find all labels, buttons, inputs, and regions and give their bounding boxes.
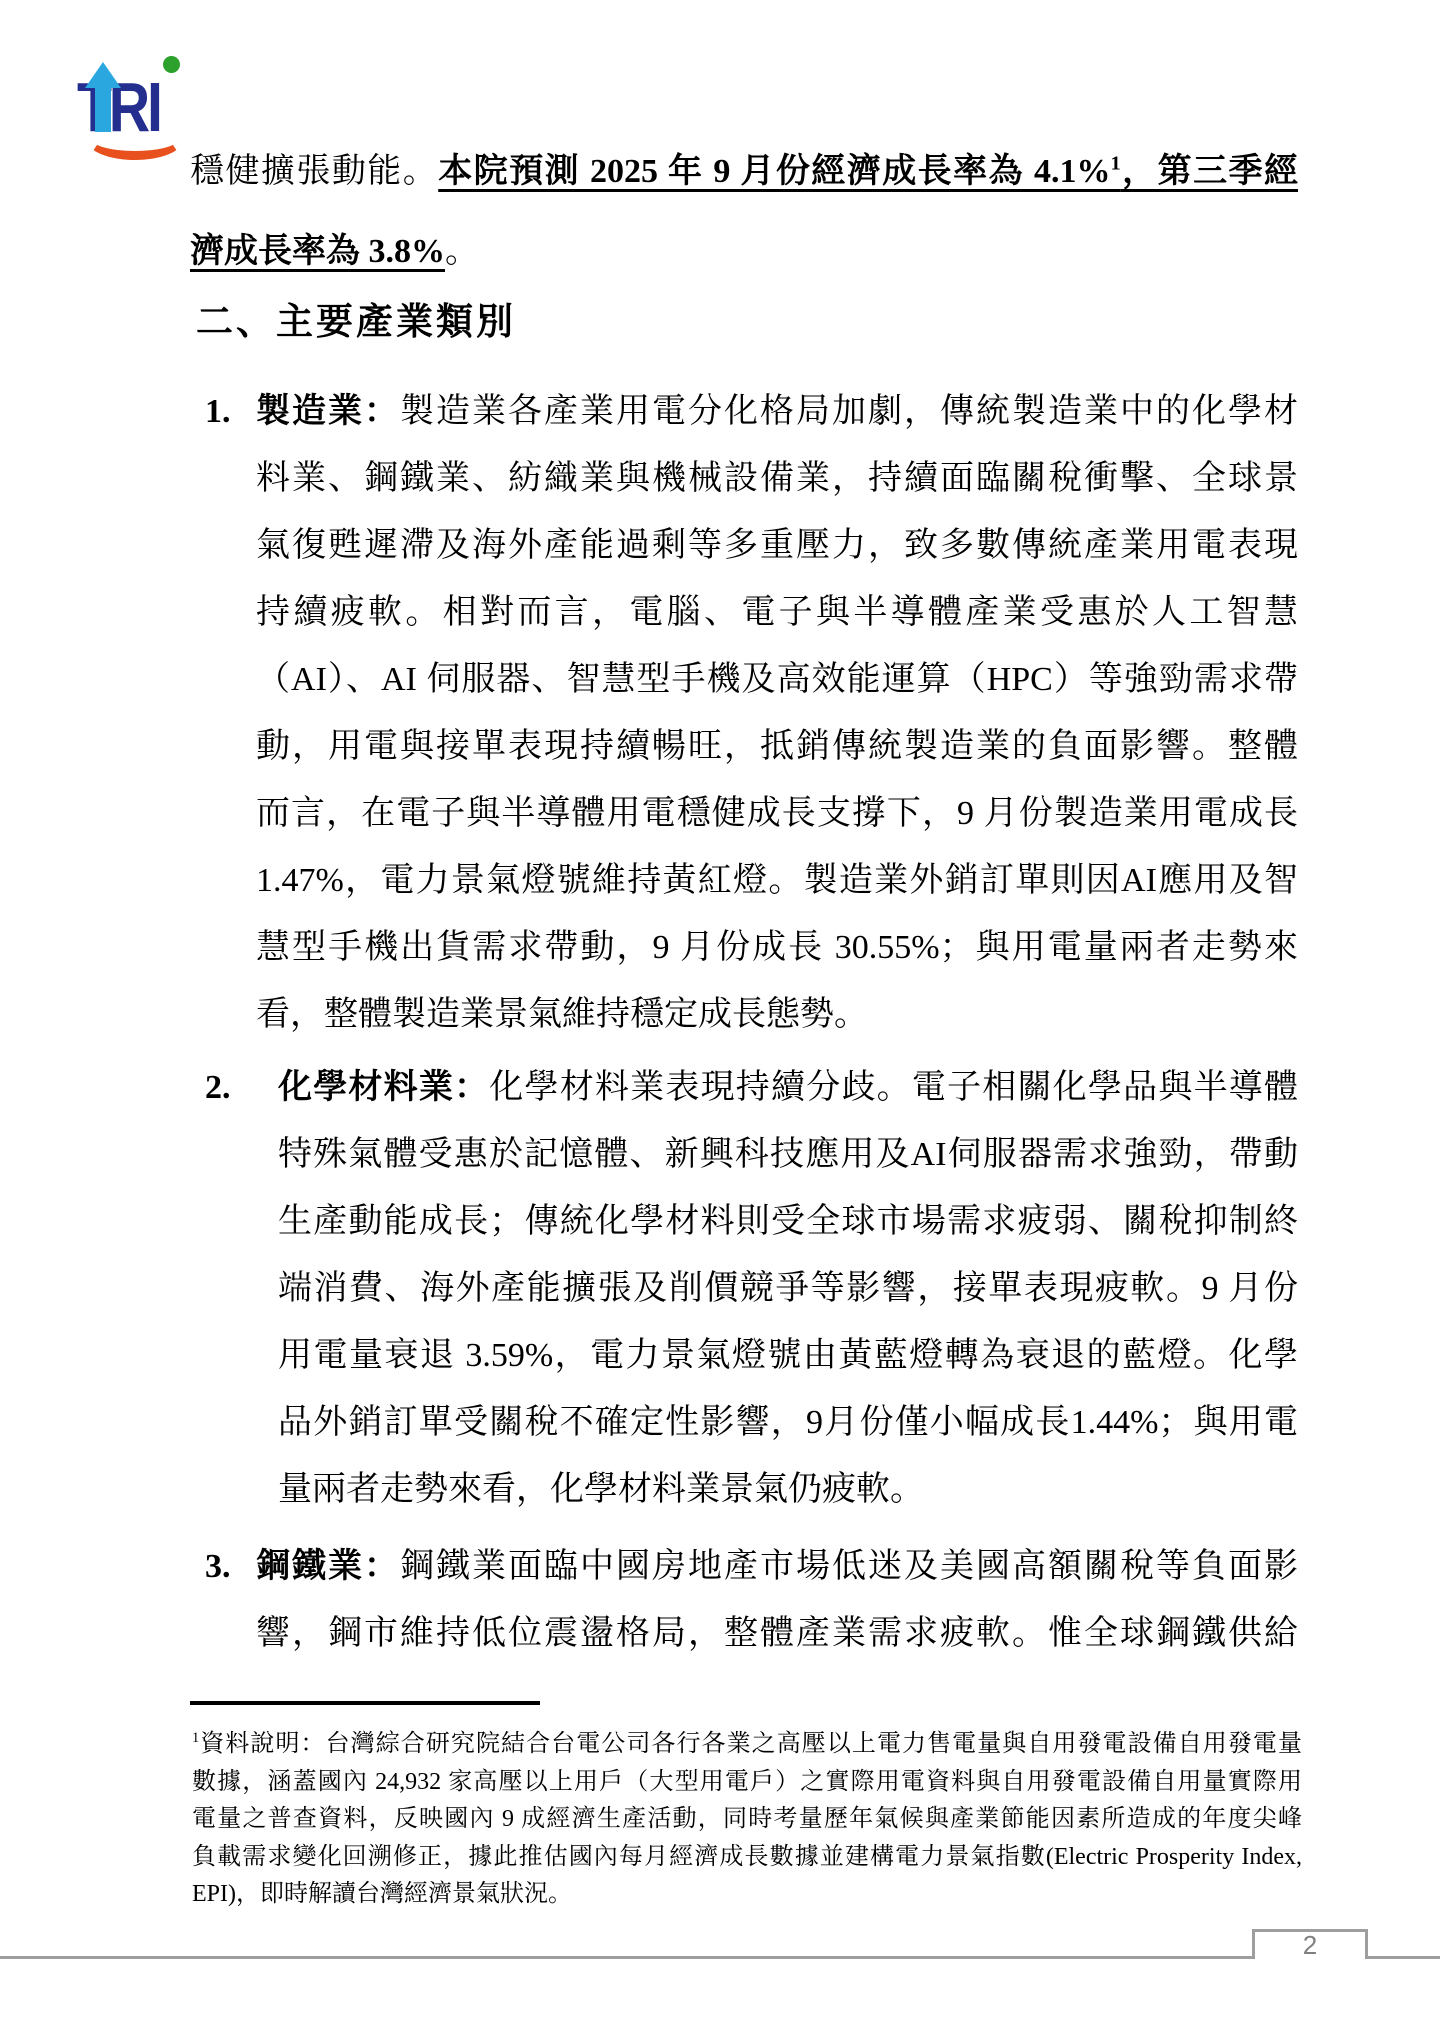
text-line: 3.鋼鐵業：鋼鐵業面臨中國房地產市場低迷及美國高額關稅等負面影 bbox=[256, 1533, 1298, 1600]
orange-arc-icon bbox=[87, 120, 183, 160]
footer-line bbox=[0, 1956, 1252, 1959]
text-line: 生產動能成長；傳統化學材料則受全球市場需求疲弱、關稅抑制終 bbox=[278, 1188, 1298, 1255]
forecast-highlight-2: 濟成長率為 3.8% bbox=[190, 233, 445, 270]
text-line: 穩健擴張動能。本院預測 2025 年 9 月份經濟成長率為 4.1%1，第三季經 bbox=[190, 132, 1298, 212]
text-line: 氣復甦遲滯及海外產能過剩等多重壓力，致多數傳統產業用電表現 bbox=[256, 512, 1298, 579]
text-line: 料業、鋼鐵業、紡織業與機械設備業，持續面臨關稅衝擊、全球景 bbox=[256, 445, 1298, 512]
list-number: 2. bbox=[205, 1054, 231, 1121]
text-line: 濟成長率為 3.8%。 bbox=[190, 212, 1298, 292]
text-line: 響，鋼市維持低位震盪格局，整體產業需求疲軟。惟全球鋼鐵供給 bbox=[256, 1600, 1298, 1667]
footnote-separator bbox=[190, 1701, 540, 1705]
text-line: 負載需求變化回溯修正，據此推估國內每月經濟成長數據並建構電力景氣指數(Elect… bbox=[192, 1839, 1302, 1877]
footnote: 1資料說明：台灣綜合研究院結合台電公司各行各業之高壓以上電力售電量與自用發電設備… bbox=[192, 1726, 1302, 1914]
text-line: 慧型手機出貨需求帶動，9 月份成長 30.55%；與用電量兩者走勢來 bbox=[256, 914, 1298, 981]
green-dot-icon bbox=[163, 56, 180, 73]
text-line: 數據，涵蓋國內 24,932 家高壓以上用戶（大型用電戶）之實際用電資料與自用發… bbox=[192, 1764, 1302, 1802]
text-line: EPI)，即時解讀台灣經濟景氣狀況。 bbox=[192, 1876, 1302, 1914]
footer-line bbox=[1368, 1956, 1440, 1959]
item-label: 鋼鐵業： bbox=[256, 1548, 400, 1585]
forecast-highlight: 本院預測 2025 年 9 月份經濟成長率為 4.1%1，第三季經 bbox=[438, 153, 1298, 190]
list-number: 3. bbox=[205, 1533, 231, 1600]
page-number: 2 bbox=[1252, 1929, 1368, 1959]
tri-logo: TRI bbox=[75, 48, 193, 158]
text-line: 量兩者走勢來看，化學材料業景氣仍疲軟。 bbox=[278, 1456, 1298, 1523]
list-item-steel: 3.鋼鐵業：鋼鐵業面臨中國房地產市場低迷及美國高額關稅等負面影 響，鋼市維持低位… bbox=[256, 1533, 1298, 1667]
text-line: 品外銷訂單受關稅不確定性影響，9月份僅小幅成長1.44%；與用電 bbox=[278, 1389, 1298, 1456]
text-line: 1.製造業：製造業各產業用電分化格局加劇，傳統製造業中的化學材 bbox=[256, 378, 1298, 445]
text-line: 1.47%，電力景氣燈號維持黃紅燈。製造業外銷訂單則因AI應用及智 bbox=[256, 847, 1298, 914]
text-line: 特殊氣體受惠於記憶體、新興科技應用及AI伺服器需求強勁，帶動 bbox=[278, 1121, 1298, 1188]
list-item-manufacturing: 1.製造業：製造業各產業用電分化格局加劇，傳統製造業中的化學材 料業、鋼鐵業、紡… bbox=[256, 378, 1298, 1048]
footnote-ref-mark: 1 bbox=[1111, 153, 1121, 175]
text-line: 端消費、海外產能擴張及削價競爭等影響，接單表現疲軟。9 月份 bbox=[278, 1255, 1298, 1322]
text-line: 2.化學材料業：化學材料業表現持續分歧。電子相關化學品與半導體 bbox=[278, 1054, 1298, 1121]
text-line: 而言，在電子與半導體用電穩健成長支撐下，9 月份製造業用電成長 bbox=[256, 780, 1298, 847]
item-label: 化學材料業： bbox=[278, 1069, 489, 1106]
document-page: TRI 穩健擴張動能。本院預測 2025 年 9 月份經濟成長率為 4.1%1，… bbox=[0, 0, 1440, 2036]
text-line: （AI）、AI 伺服器、智慧型手機及高效能運算（HPC）等強勁需求帶 bbox=[256, 646, 1298, 713]
list-item-chemical: 2.化學材料業：化學材料業表現持續分歧。電子相關化學品與半導體 特殊氣體受惠於記… bbox=[278, 1054, 1298, 1523]
item-label: 製造業： bbox=[256, 393, 400, 430]
intro-paragraph: 穩健擴張動能。本院預測 2025 年 9 月份經濟成長率為 4.1%1，第三季經… bbox=[190, 132, 1298, 292]
section-heading: 二、主要產業類別 bbox=[196, 298, 516, 348]
text-line: 電量之普查資料，反映國內 9 成經濟生產活動，同時考量歷年氣候與產業節能因素所造… bbox=[192, 1801, 1302, 1839]
text-line: 1資料說明：台灣綜合研究院結合台電公司各行各業之高壓以上電力售電量與自用發電設備… bbox=[192, 1726, 1302, 1764]
list-number: 1. bbox=[205, 378, 231, 445]
text-line: 看，整體製造業景氣維持穩定成長態勢。 bbox=[256, 981, 1298, 1048]
up-arrow-head-icon bbox=[85, 62, 121, 88]
text-line: 動，用電與接單表現持續暢旺，抵銷傳統製造業的負面影響。整體 bbox=[256, 713, 1298, 780]
text-line: 持續疲軟。相對而言，電腦、電子與半導體產業受惠於人工智慧 bbox=[256, 579, 1298, 646]
intro-prefix: 穩健擴張動能。 bbox=[190, 153, 438, 190]
text-line: 用電量衰退 3.59%，電力景氣燈號由黃藍燈轉為衰退的藍燈。化學 bbox=[278, 1322, 1298, 1389]
